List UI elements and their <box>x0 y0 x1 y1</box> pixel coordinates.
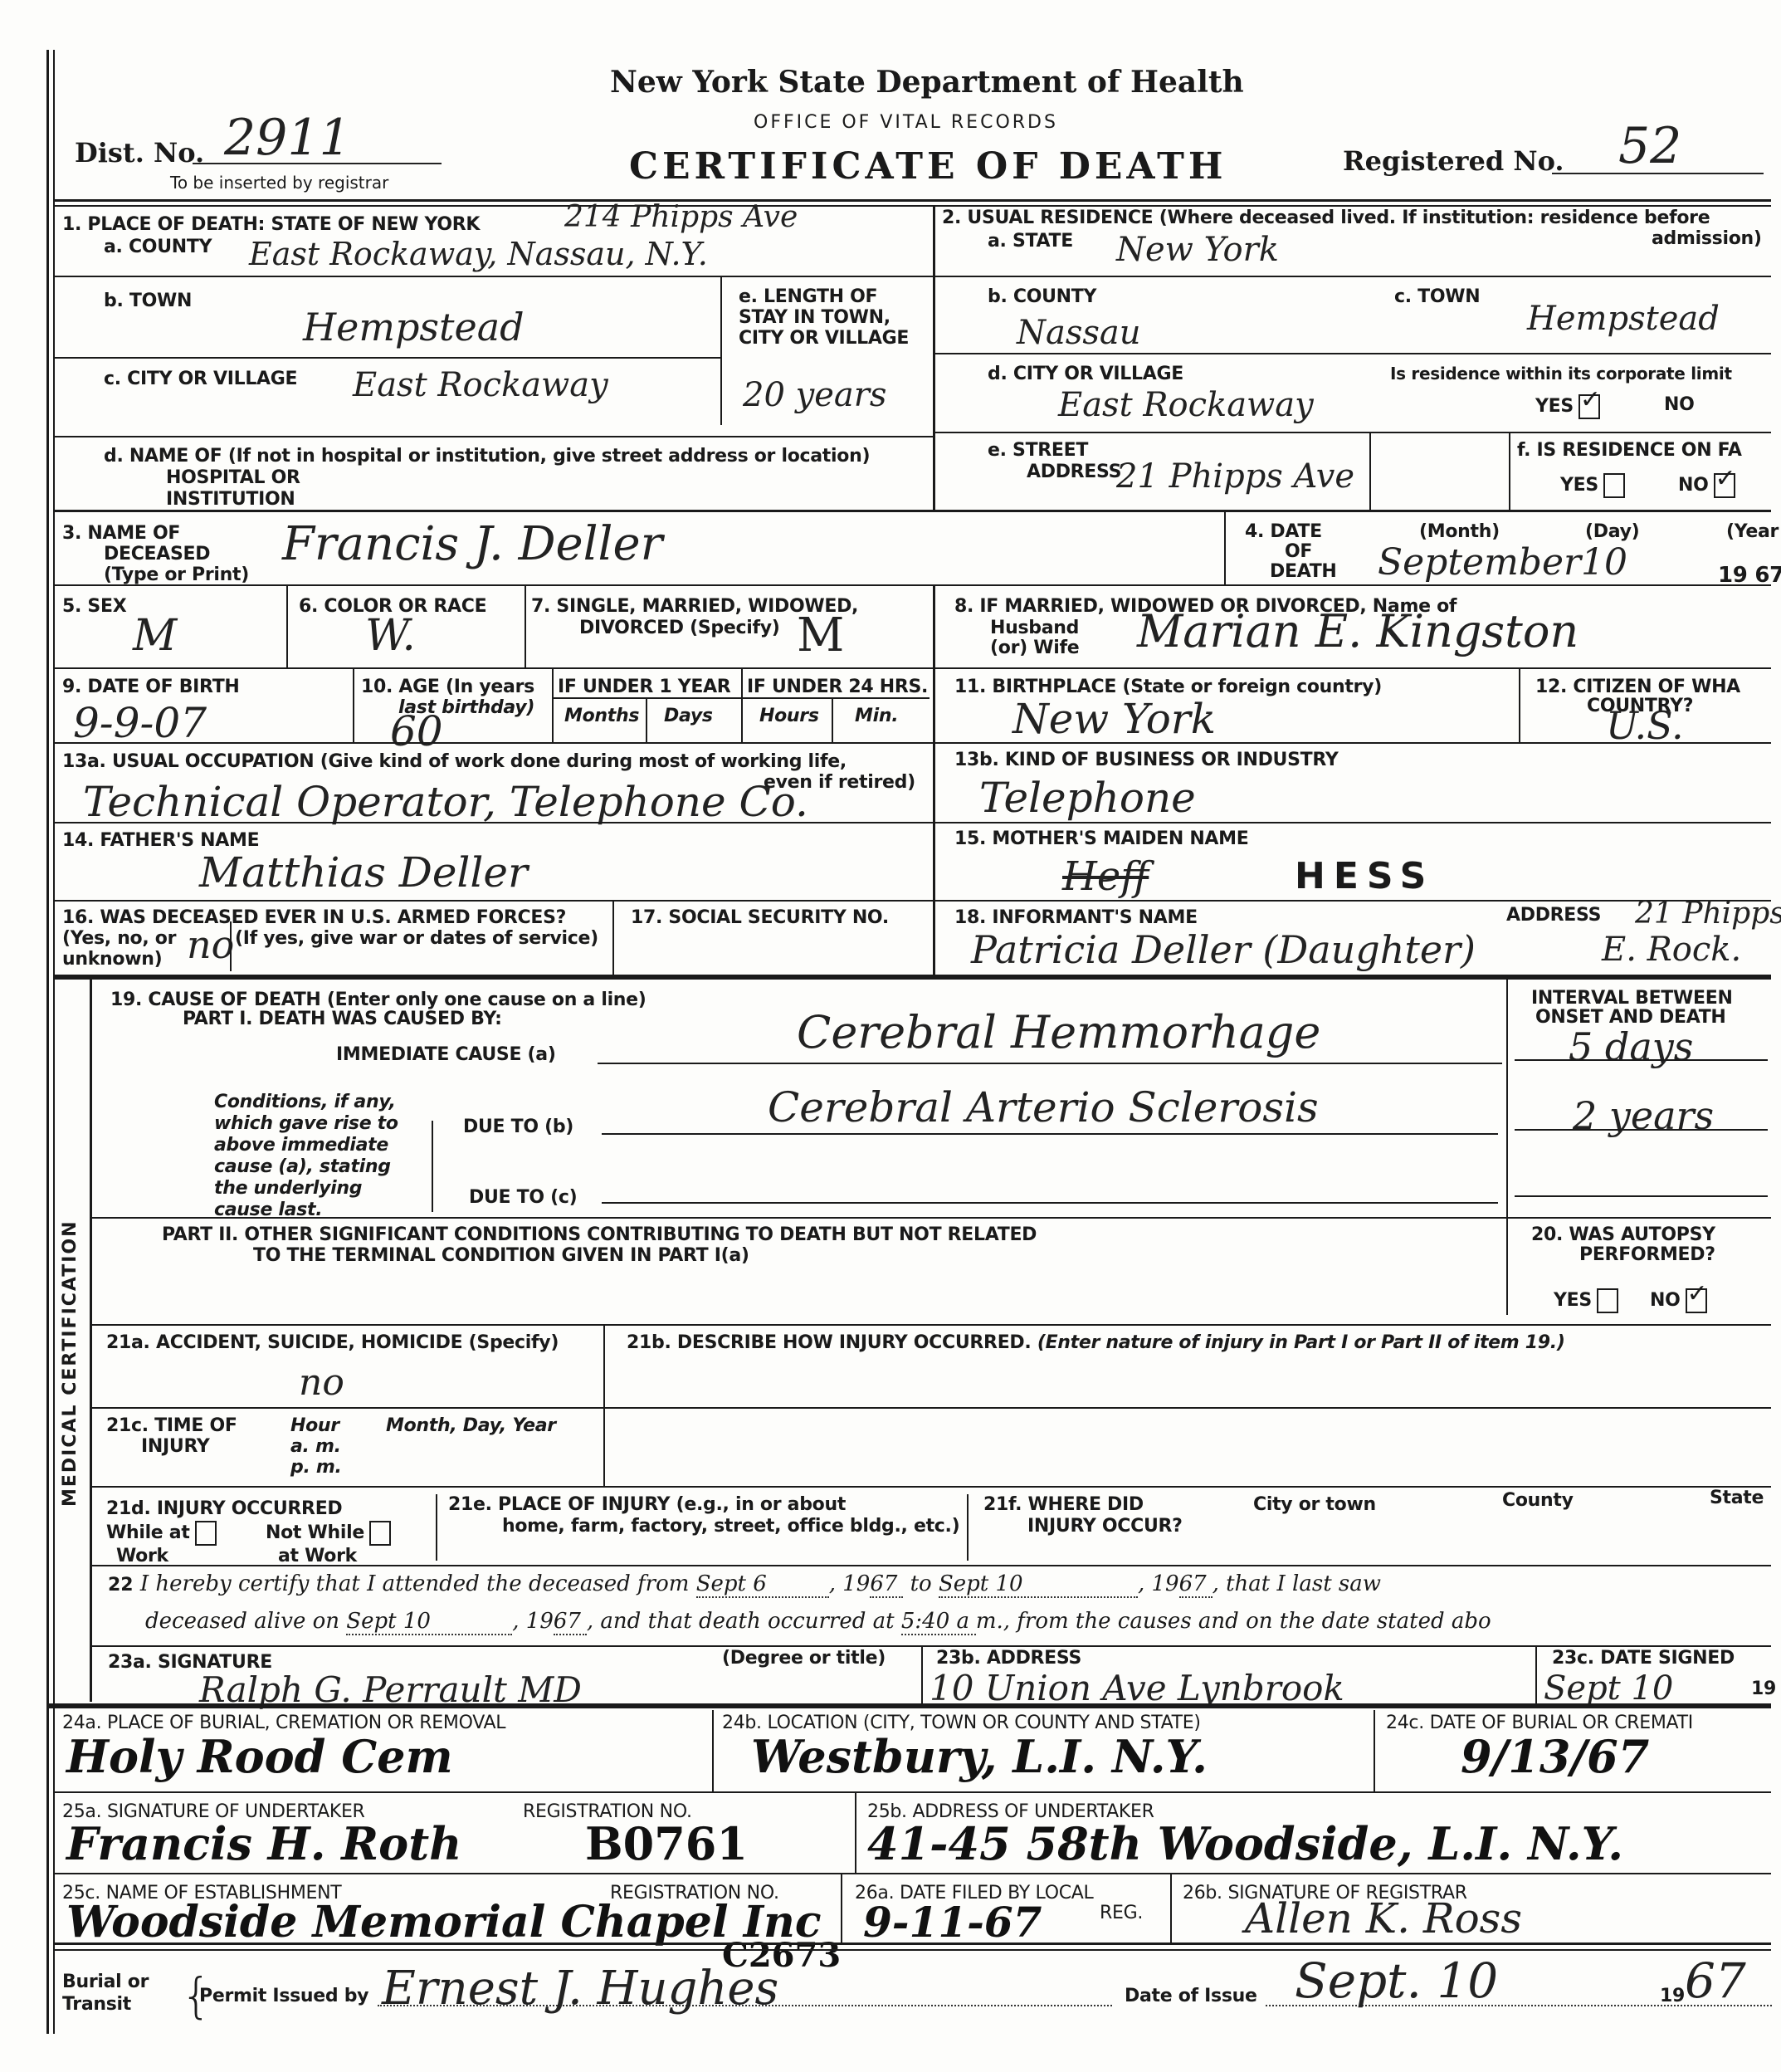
dist-no-label: Dist. No. <box>75 137 204 169</box>
industry-value: Telephone <box>979 776 1196 819</box>
conditions-note-line: above immediate <box>214 1135 398 1156</box>
undertaker-reg-value: B0761 <box>585 1822 748 1865</box>
cert-to: to <box>910 1571 932 1596</box>
res-city-value: East Rockaway <box>1058 384 1314 427</box>
rule <box>602 1202 1498 1204</box>
rule <box>90 1407 1771 1409</box>
yes-text: YES <box>1535 396 1574 417</box>
medical-divider <box>90 980 92 1702</box>
autopsy-yes[interactable]: YES <box>1554 1288 1618 1313</box>
rule <box>598 1063 1502 1064</box>
town-value: Hempstead <box>303 305 525 349</box>
injury-desc-note: (Enter nature of injury in Part I or Par… <box>1037 1332 1565 1353</box>
permit-issued-by-label: Permit Issued by <box>199 1986 368 2007</box>
divider <box>286 584 288 667</box>
permit-label-1: Burial or <box>62 1972 149 1993</box>
rule <box>46 1703 1771 1708</box>
farm-yes-checkbox[interactable] <box>1603 473 1625 498</box>
date-of-death-label-1: 4. DATE <box>1245 521 1322 543</box>
divider <box>921 1645 923 1703</box>
rule <box>90 1486 1771 1488</box>
farm-no-checkbox[interactable] <box>1714 473 1735 498</box>
sex-label: 5. SEX <box>62 596 126 618</box>
race-value: W. <box>365 614 416 657</box>
yes-text: YES <box>1560 475 1598 496</box>
divider <box>741 667 743 742</box>
accident-value: no <box>299 1361 344 1405</box>
office-subtitle: OFFICE OF VITAL RECORDS <box>754 112 1058 133</box>
armed-forces-value: no <box>187 923 234 966</box>
rule <box>53 276 933 277</box>
rule <box>90 1324 1771 1326</box>
rule <box>53 975 1771 980</box>
month-day-year-label: Month, Day, Year <box>386 1415 556 1437</box>
armed-forces-label-2: (Yes, no, or <box>62 928 176 950</box>
injury-desc-label: 21b. DESCRIBE HOW INJURY OCCURRED. (Ente… <box>627 1332 1565 1354</box>
divider <box>1374 1710 1375 1793</box>
autopsy-label-1: 20. WAS AUTOPSY <box>1531 1224 1715 1246</box>
divider <box>525 584 526 667</box>
where-injury-label-2: INJURY OCCUR? <box>1027 1516 1183 1537</box>
due-to-c-label: DUE TO (c) <box>469 1187 577 1209</box>
county-value: East Rockaway, Nassau, N.Y. <box>249 232 708 276</box>
rule <box>53 584 1771 586</box>
armed-forces-label-3: unknown) <box>62 949 162 970</box>
autopsy-no[interactable]: NO <box>1650 1288 1707 1313</box>
street-value: 21 Phipps Ave <box>1116 455 1354 498</box>
rule <box>53 1873 1771 1874</box>
citizen-value: U.S. <box>1606 704 1684 747</box>
rule <box>53 1949 1771 1951</box>
cert-text: , and that death occurred at <box>587 1609 895 1634</box>
place-of-injury-label-2: home, farm, factory, street, office bldg… <box>502 1516 959 1537</box>
injury-occurred-label: 21d. INJURY OCCURRED <box>106 1498 342 1520</box>
rule <box>1515 1129 1768 1131</box>
certificate-title: CERTIFICATE OF DEATH <box>629 145 1227 188</box>
spouse-label-2: Husband <box>990 618 1079 639</box>
res-state-label: a. STATE <box>988 231 1073 252</box>
place-of-injury-label-1: 21e. PLACE OF INJURY (e.g., in or about <box>448 1494 846 1516</box>
divider <box>646 697 647 742</box>
length-of-stay-label-3: CITY OR VILLAGE <box>739 328 909 349</box>
deceased-name-label-1: 3. NAME OF <box>62 523 180 545</box>
occupation-value: Technical Operator, Telephone Co. <box>83 780 808 823</box>
item22-number: 22 <box>108 1575 134 1596</box>
occupation-label: 13a. USUAL OCCUPATION (Give kind of work… <box>62 751 847 773</box>
corporate-limits-yes-checkbox[interactable] <box>1579 394 1600 419</box>
marital-status-value: M <box>797 614 844 657</box>
while-at-work-text: While at <box>106 1522 190 1543</box>
informant-address-2: E. Rock. <box>1602 928 1741 971</box>
rule <box>1515 1059 1768 1061</box>
res-city-label: d. CITY OR VILLAGE <box>988 364 1183 385</box>
cert-text: m., from the causes and on the date stat… <box>976 1609 1491 1634</box>
divider <box>720 276 722 425</box>
degree-label: (Degree or title) <box>722 1648 886 1669</box>
date-of-death-label-3: DEATH <box>1270 561 1337 583</box>
death-certificate: New York State Department of Health OFFI… <box>0 0 1781 2072</box>
immediate-cause-value: Cerebral Hemmorhage <box>797 1011 1320 1054</box>
industry-label: 13b. KIND OF BUSINESS OR INDUSTRY <box>954 750 1338 771</box>
birth-date-value: 9-9-07 <box>73 701 207 745</box>
time-of-injury-label-2: INJURY <box>141 1436 210 1458</box>
permit-issued-by-value: Ernest J. Hughes <box>382 1967 778 2011</box>
outer-border-left-inner <box>53 50 55 2034</box>
col-divider-1 <box>933 205 935 510</box>
county-label: a. COUNTY <box>104 237 212 258</box>
divider <box>855 1791 856 1873</box>
age-value: 60 <box>390 710 443 753</box>
divider <box>933 584 935 975</box>
rule <box>552 697 930 699</box>
year-label: (Year <box>1726 521 1779 543</box>
father-name-value: Matthias Deller <box>199 851 528 894</box>
deceased-name-label-2: DECEASED <box>104 544 210 565</box>
rule <box>90 1565 1771 1566</box>
dist-no-value: 2911 <box>224 116 351 159</box>
divider <box>353 667 354 742</box>
usual-residence-label: 2. USUAL RESIDENCE (Where deceased lived… <box>942 208 1710 229</box>
cert-text: , that I last saw <box>1213 1571 1381 1596</box>
informant-value: Patricia Deller (Daughter) <box>971 928 1476 971</box>
accident-label: 21a. ACCIDENT, SUICIDE, HOMICIDE (Specif… <box>106 1332 559 1354</box>
undertaker-address-value: 41-45 58th Woodside, L.I. N.Y. <box>867 1822 1623 1865</box>
where-injury-label-1: 21f. WHERE DID <box>983 1494 1144 1516</box>
deceased-name-label-3: (Type or Print) <box>104 564 249 586</box>
divider <box>1170 1873 1172 1942</box>
corporate-limits-yes[interactable]: YES <box>1535 394 1600 419</box>
immediate-cause-label: IMMEDIATE CAUSE (a) <box>336 1044 556 1066</box>
hospital-label-2: HOSPITAL OR <box>166 467 300 489</box>
informant-label: 18. INFORMANT'S NAME <box>954 907 1198 929</box>
interval-a-value: 5 days <box>1569 1025 1693 1068</box>
sex-value: M <box>133 614 177 657</box>
rule <box>53 510 1771 512</box>
length-of-stay-label-2: STAY IN TOWN, <box>739 307 890 329</box>
burial-location-value: Westbury, L.I. N.Y. <box>751 1735 1208 1778</box>
hour-label: Hour <box>290 1415 339 1437</box>
mother-name-struck-value: Heff <box>1062 855 1149 898</box>
divider <box>1535 1645 1537 1703</box>
rule <box>933 432 1771 433</box>
spouse-label-3: (or) Wife <box>990 638 1079 659</box>
burial-place-value: Holy Rood Cem <box>66 1735 453 1778</box>
armed-forces-note: (If yes, give war or dates of service) <box>235 928 598 950</box>
under-24-hrs-label: IF UNDER 24 HRS. <box>747 677 928 698</box>
year-of-death-value: 19 67 <box>1718 564 1781 586</box>
divider <box>230 921 232 971</box>
date-filed-value: 9-11-67 <box>863 1901 1042 1944</box>
month-of-death-value: September <box>1378 541 1581 584</box>
conditions-note-line: cause (a), stating <box>214 1156 398 1178</box>
hospital-label: d. NAME OF (If not in hospital or instit… <box>104 446 870 467</box>
date-of-issue-year: 67 <box>1685 1959 1746 2002</box>
month-label: (Month) <box>1419 521 1500 543</box>
corporate-limits-no[interactable]: NO <box>1664 394 1695 416</box>
city-village-value: East Rockaway <box>353 364 608 407</box>
rule <box>90 1645 1771 1647</box>
while-at-work-checkbox[interactable] <box>195 1521 217 1546</box>
rule <box>53 742 1771 744</box>
farm-yes[interactable]: YES <box>1560 473 1625 498</box>
hospital-label-3: INSTITUTION <box>166 489 295 511</box>
part2-label-1: PART II. OTHER SIGNIFICANT CONDITIONS CO… <box>162 1224 1037 1246</box>
spouse-name-value: Marian E. Kingston <box>1137 610 1579 653</box>
rule <box>53 1791 1771 1793</box>
divider <box>432 1121 433 1212</box>
while-at-work[interactable]: While at <box>106 1521 217 1546</box>
under-1-year-label: IF UNDER 1 YEAR <box>558 677 730 698</box>
res-town-label: c. TOWN <box>1394 286 1480 308</box>
days-label: Days <box>664 706 713 727</box>
injury-desc-title: 21b. DESCRIBE HOW INJURY OCCURRED. <box>627 1332 1031 1353</box>
autopsy-label-2: PERFORMED? <box>1579 1244 1715 1266</box>
street-label-2: ADDRESS <box>1027 462 1121 483</box>
cert-text: deceased alive on <box>145 1609 339 1634</box>
divider <box>712 1710 714 1793</box>
rule <box>933 353 1771 354</box>
registered-no-value: 52 <box>1618 125 1681 168</box>
undertaker-signature-value: Francis H. Roth <box>66 1822 461 1865</box>
length-of-stay-label-1: e. LENGTH OF <box>739 286 877 308</box>
birthplace-value: New York <box>1012 697 1216 740</box>
corporate-limits-label: Is residence within its corporate limit <box>1390 364 1732 384</box>
header-rule-2 <box>53 205 1771 207</box>
rule <box>53 357 720 359</box>
interval-b-value: 2 years <box>1573 1094 1714 1137</box>
attended-to-value: Sept 10 <box>939 1571 1138 1598</box>
deceased-name-value: Francis J. Deller <box>282 523 662 566</box>
due-to-b-value: Cerebral Arterio Sclerosis <box>768 1086 1319 1129</box>
no-text: NO <box>1678 475 1709 496</box>
divider <box>1506 980 1508 1220</box>
conditions-note-line: Conditions, if any, <box>214 1092 398 1113</box>
informant-address-label: ADDRESS <box>1506 905 1601 926</box>
street-label-1: e. STREET <box>988 440 1088 462</box>
not-while-text: Not While <box>266 1522 364 1543</box>
hours-label: Hours <box>759 706 819 727</box>
rule <box>1515 1195 1768 1197</box>
length-of-stay-value: 20 years <box>743 374 886 417</box>
farm-no[interactable]: NO <box>1678 473 1735 498</box>
part1-label: PART I. DEATH WAS CAUSED BY: <box>183 1009 502 1030</box>
birth-date-label: 9. DATE OF BIRTH <box>62 677 240 698</box>
yes-text: YES <box>1554 1290 1592 1311</box>
divider <box>967 1494 969 1561</box>
age-label-1: 10. AGE (In years <box>361 677 534 698</box>
divider <box>1519 667 1520 742</box>
last-seen-alive-value: Sept 10 <box>346 1609 512 1635</box>
registrar-signature-value: Allen K. Ross <box>1245 1897 1522 1940</box>
mother-name-label: 15. MOTHER'S MAIDEN NAME <box>954 828 1248 850</box>
divider <box>603 1324 605 1486</box>
city-village-label: c. CITY OR VILLAGE <box>104 369 297 390</box>
not-while-at-work-checkbox[interactable] <box>369 1521 391 1546</box>
time-of-injury-label-1: 21c. TIME OF <box>106 1415 237 1437</box>
divider <box>841 1873 842 1942</box>
attended-from-year: 67 <box>870 1571 903 1598</box>
am-label: a. m. <box>290 1436 341 1458</box>
date-filed-label-2: REG. <box>1100 1903 1143 1924</box>
cert-19: , 19 <box>829 1571 871 1596</box>
ssn-label: 17. SOCIAL SECURITY NO. <box>631 907 889 929</box>
autopsy-yes-checkbox[interactable] <box>1597 1288 1618 1313</box>
part2-label-2: TO THE TERMINAL CONDITION GIVEN IN PART … <box>253 1245 749 1267</box>
marital-status-label-2: DIVORCED (Specify) <box>579 618 780 639</box>
cert-19: , 19 <box>1138 1571 1179 1596</box>
establishment-value: Woodside Memorial Chapel Inc <box>66 1901 822 1944</box>
res-county-label: b. COUNTY <box>988 286 1096 308</box>
divider <box>1224 510 1226 584</box>
rule <box>90 1217 1771 1219</box>
mother-name-value: HESS <box>1295 855 1434 897</box>
res-state-value: New York <box>1116 228 1279 271</box>
months-label: Months <box>564 706 639 727</box>
divider <box>1369 432 1371 510</box>
attended-from-value: Sept 6 <box>696 1571 829 1598</box>
day-label: (Day) <box>1585 521 1639 543</box>
rule <box>53 667 1771 669</box>
date-of-issue-value: Sept. 10 <box>1295 1959 1498 2002</box>
farm-label: f. IS RESIDENCE ON FA <box>1517 440 1742 462</box>
header-rule <box>53 199 1771 202</box>
injury-state-label: State <box>1710 1488 1764 1509</box>
date-of-issue-label: Date of Issue <box>1125 1986 1257 2007</box>
rule <box>53 822 1771 823</box>
town-label: b. TOWN <box>104 291 192 312</box>
autopsy-no-checkbox[interactable] <box>1686 1288 1707 1313</box>
rule <box>933 276 1771 277</box>
injury-county-label: County <box>1502 1490 1574 1512</box>
rule <box>53 436 933 437</box>
registered-no-label: Registered No. <box>1343 145 1564 177</box>
certification-line-1: 22 I hereby certify that I attended the … <box>108 1571 1381 1598</box>
no-text: NO <box>1650 1290 1681 1311</box>
pm-label: p. m. <box>290 1457 342 1478</box>
min-label: Min. <box>855 706 898 727</box>
date-signed-year: 19 <box>1751 1679 1776 1700</box>
divider <box>612 900 614 975</box>
certification-line-2: deceased alive on Sept 10, 1967, and tha… <box>145 1609 1491 1635</box>
cert-19: , 19 <box>512 1609 554 1634</box>
rule <box>53 900 1771 902</box>
last-seen-alive-year: 67 <box>554 1609 587 1635</box>
armed-forces-label: 16. WAS DECEASED EVER IN U.S. ARMED FORC… <box>62 907 566 929</box>
usual-residence-label-cont: admission) <box>1652 228 1762 250</box>
not-while-at-work[interactable]: Not While <box>266 1521 391 1546</box>
conditions-note-line: which gave rise to <box>214 1113 398 1135</box>
divider <box>436 1494 437 1561</box>
permit-label-2: Transit <box>62 1994 131 2016</box>
conditions-note-line: the underlying <box>214 1178 398 1200</box>
divider <box>1506 1217 1508 1315</box>
res-town-value: Hempstead <box>1527 297 1720 340</box>
divider <box>1509 432 1510 510</box>
res-county-value: Nassau <box>1017 311 1141 354</box>
conditions-note: Conditions, if any, which gave rise to a… <box>214 1092 398 1221</box>
divider <box>832 697 833 742</box>
cert-text: I hereby certify that I attended the dec… <box>140 1571 690 1596</box>
divider <box>552 667 554 742</box>
city-town-label: City or town <box>1253 1494 1376 1516</box>
time-of-death-value: 5:40 a <box>901 1609 976 1635</box>
medical-certification-label: MEDICAL CERTIFICATION <box>60 1219 81 1507</box>
page-title: New York State Department of Health <box>610 65 1244 100</box>
outer-border-left <box>46 50 49 2034</box>
date-of-issue-year-prefix: 19 <box>1660 1986 1685 2007</box>
due-to-b-label: DUE TO (b) <box>463 1117 573 1138</box>
date-of-death-label-2: OF <box>1285 541 1312 563</box>
day-of-death-value: 10 <box>1581 541 1627 584</box>
dist-no-note: To be inserted by registrar <box>170 173 388 193</box>
burial-date-value: 9/13/67 <box>1461 1735 1649 1778</box>
rule <box>53 1942 1771 1945</box>
attended-to-year: 67 <box>1179 1571 1213 1598</box>
rule <box>602 1133 1498 1135</box>
